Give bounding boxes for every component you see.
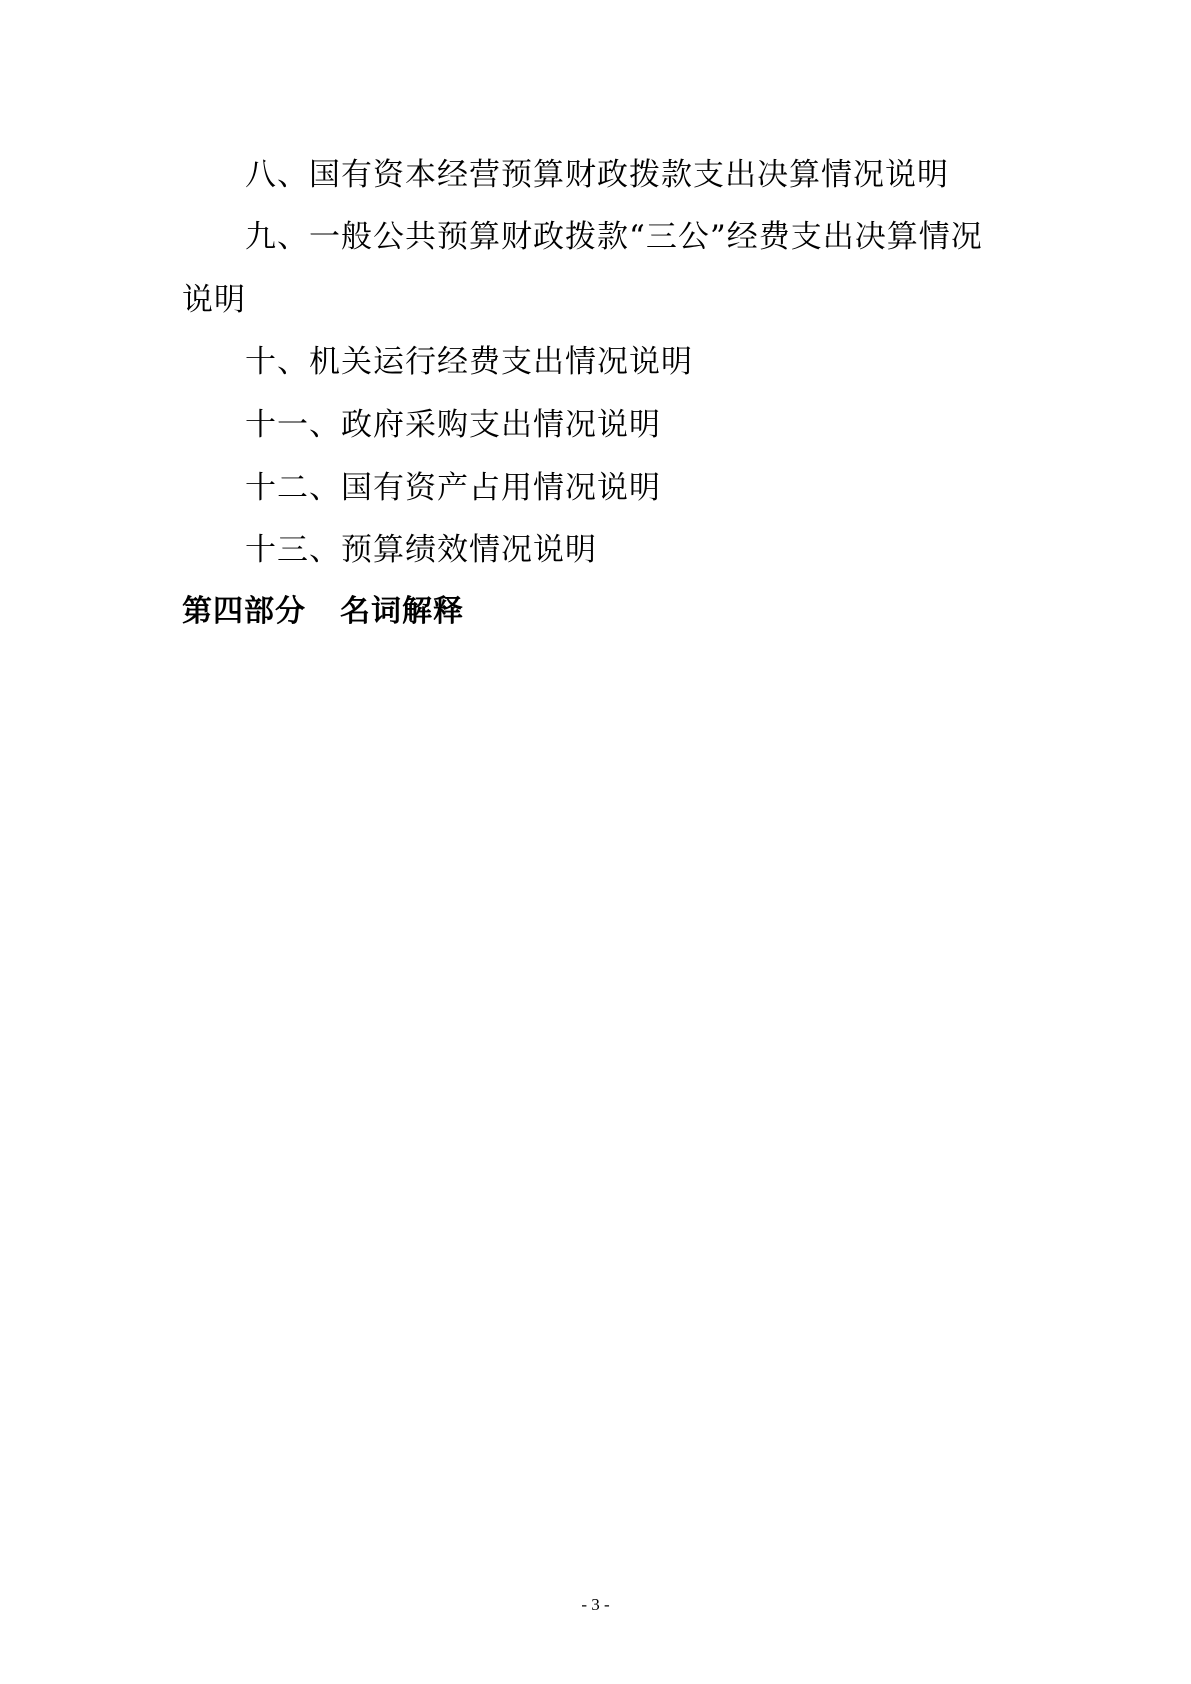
- toc-item-8: 八、国有资本经营预算财政拨款支出决算情况说明: [245, 155, 949, 195]
- page-number: - 3 -: [0, 1594, 1191, 1616]
- toc-item-9-continuation: 说明: [182, 280, 246, 320]
- document-page: 八、国有资本经营预算财政拨款支出决算情况说明 九、一般公共预算财政拨款“三公”经…: [0, 0, 1191, 1684]
- section-heading: 第四部分名词解释: [182, 592, 464, 632]
- toc-item-9: 九、一般公共预算财政拨款“三公”经费支出决算情况: [245, 217, 983, 257]
- section-heading-title: 名词解释: [340, 594, 464, 629]
- toc-item-12: 十二、国有资产占用情况说明: [245, 468, 661, 508]
- toc-item-11: 十一、政府采购支出情况说明: [245, 405, 661, 445]
- toc-item-13: 十三、预算绩效情况说明: [245, 530, 597, 570]
- toc-item-10: 十、机关运行经费支出情况说明: [245, 342, 693, 382]
- section-heading-part: 第四部分: [182, 594, 306, 629]
